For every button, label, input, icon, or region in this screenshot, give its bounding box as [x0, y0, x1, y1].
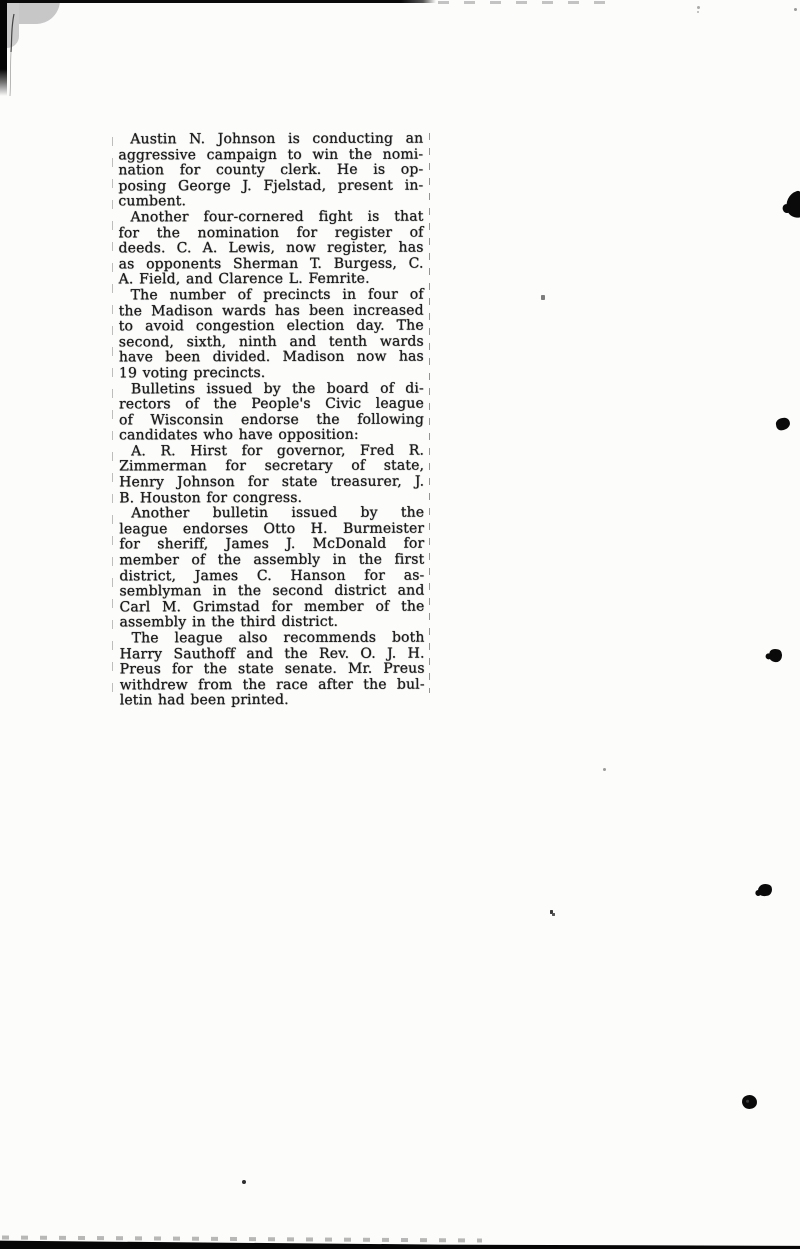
- text-line: 19 voting precincts.: [119, 366, 424, 382]
- dust-speck: [697, 6, 700, 9]
- text-line: deeds. C. A. Lewis, now register, has: [119, 241, 424, 257]
- paragraph: The number of precincts in four ofthe Ma…: [119, 288, 424, 382]
- ink-spot: [775, 417, 791, 431]
- scan-edge-top-speckle: [438, 1, 608, 4]
- dust-speck: [550, 910, 553, 914]
- text-line: Another four-cornered fight is that: [118, 210, 423, 226]
- dust-speck: [541, 295, 545, 300]
- paragraph: A. R. Hirst for governor, Fred R.Zimmerm…: [119, 443, 424, 506]
- paragraph: Another four-cornered fight is thatfor t…: [118, 210, 423, 289]
- dust-speck: [242, 1180, 246, 1184]
- text-line: Henry Johnson for state treasurer, J.: [119, 475, 424, 491]
- dust-speck: [603, 768, 606, 771]
- text-line: The league also recommends both: [120, 631, 425, 647]
- text-line: to avoid congestion election day. The: [119, 319, 424, 335]
- text-line: Austin N. Johnson is conducting an: [118, 132, 423, 148]
- column-rule-right: [429, 133, 430, 693]
- ink-spot: [782, 190, 800, 221]
- text-line: member of the assembly in the first: [119, 553, 424, 569]
- ink-spot: [768, 648, 784, 664]
- column-rule-left: [112, 137, 113, 703]
- text-line: nation for county clerk. He is op-: [118, 163, 423, 179]
- dust-speck: [794, 8, 797, 11]
- text-line: rectors of the People's Civic league: [119, 397, 424, 413]
- paragraph: Austin N. Johnson is conducting anaggres…: [118, 132, 423, 211]
- paragraph: Another bulletin issued by theleague end…: [119, 506, 424, 632]
- ink-spot: [757, 883, 773, 897]
- scanned-newspaper-clipping: Austin N. Johnson is conducting anaggres…: [0, 0, 800, 1249]
- article-column: Austin N. Johnson is conducting anaggres…: [118, 132, 425, 710]
- text-line: have been divided. Madison now has: [119, 350, 424, 366]
- scan-edge-top: [0, 0, 436, 3]
- paragraph: The league also recommends bothHarry Sau…: [120, 631, 425, 710]
- paragraph: Bulletins issued by the board of di-rect…: [119, 381, 424, 444]
- crease-mark: [0, 0, 30, 110]
- ink-spot: [741, 1094, 757, 1109]
- dust-speck: [697, 11, 699, 13]
- text-line: letin had been printed.: [120, 693, 425, 709]
- text-line: The number of precincts in four of: [119, 288, 424, 304]
